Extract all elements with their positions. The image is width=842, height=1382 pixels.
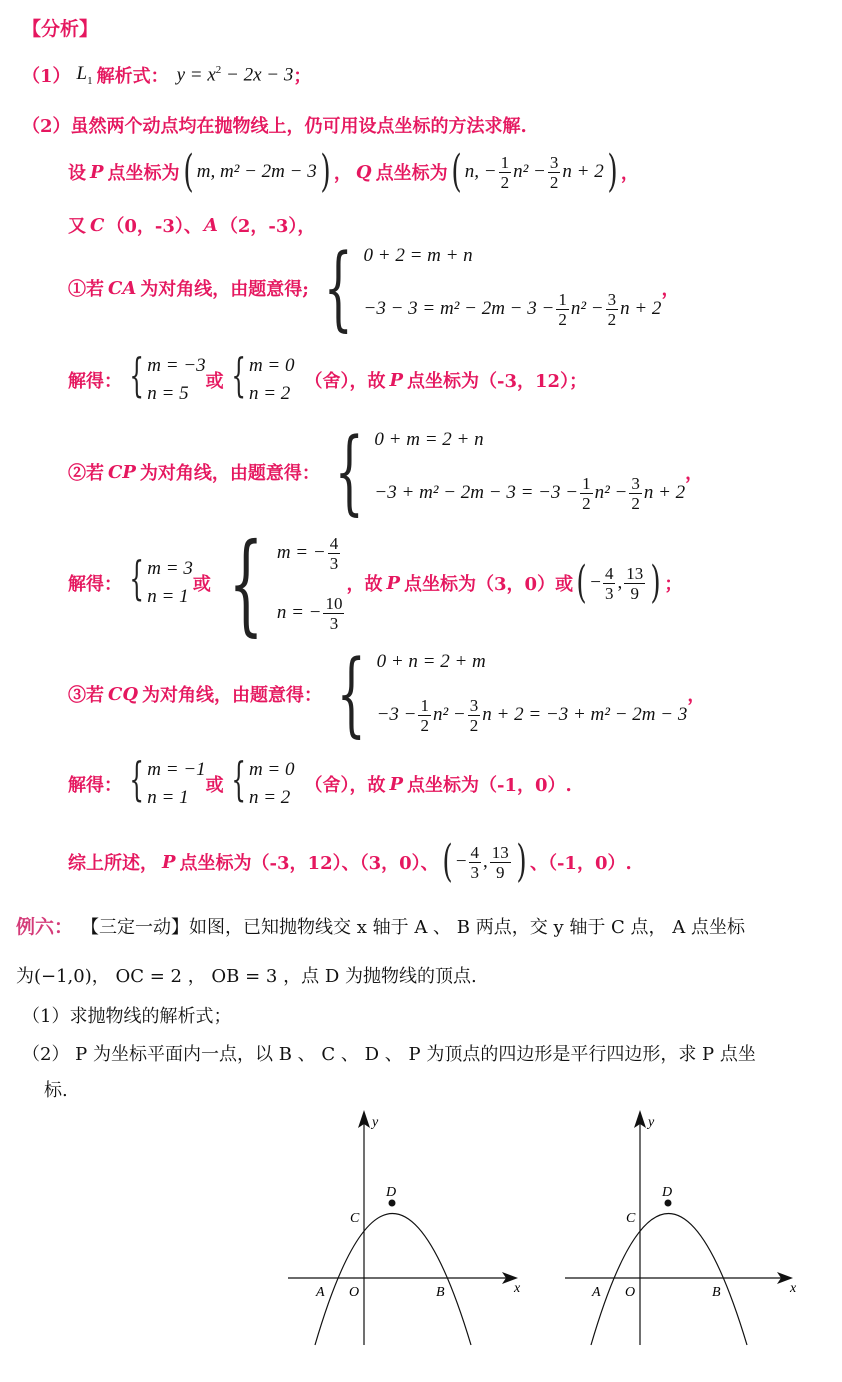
q-coord: n, − — [465, 161, 497, 183]
part1-line: （1） L1 解析式： y = x2 − 2x − 3 ； — [22, 62, 311, 88]
svg-text:x: x — [513, 1281, 521, 1296]
svg-text:O: O — [625, 1285, 635, 1300]
point-q: Q — [356, 162, 372, 183]
svg-text:D: D — [661, 1185, 672, 1200]
part1-end: ； — [293, 62, 311, 88]
svg-text:O: O — [349, 1285, 359, 1300]
question-1: （1）求抛物线的解析式； — [22, 1002, 231, 1028]
setup-text: 点坐标为 — [376, 159, 448, 185]
setup-text: 设 — [68, 159, 86, 185]
question-2-cont: 标. — [44, 1076, 68, 1102]
known-points-line: 又 C （0，-3）、 A （2，-3）， — [68, 212, 315, 238]
case3-solution: 解得： {m = −1n = 1 或 {m = 0n = 2 （舍），故 P 点… — [68, 756, 572, 812]
svg-text:A: A — [315, 1285, 325, 1300]
case3-result: 点坐标为（-1，0）. — [407, 771, 572, 797]
case2-result: 点坐标为（3，0）或 — [404, 570, 573, 596]
case1-line: ①若 CA 为对角线，由题意得; { 0 + 2 = m + n −3 − 3 … — [68, 246, 679, 330]
svg-text:C: C — [626, 1211, 636, 1226]
analysis-header: 【分析】 — [22, 14, 98, 41]
example6-line1: 例六： 【三定一动】如图，已知抛物线交 x 轴于 A 、 B 两点，交 y 轴于… — [16, 912, 745, 939]
example6-line2: 为(−1,0)， OC = 2 ， OB = 3 ，点 D 为抛物线的顶点. — [16, 962, 477, 988]
svg-text:C: C — [350, 1211, 360, 1226]
parabola-figure-1: y x A O B C D — [280, 1100, 540, 1382]
example-label: 例六： — [16, 912, 73, 939]
part2-text: 虽然两个动点均在抛物线上，仍可用设点坐标的方法求解. — [71, 112, 527, 138]
equation-system: { 0 + m = 2 + n −3 + m² − 2m − 3 = −3 − … — [320, 426, 685, 518]
point-c: C — [90, 215, 104, 236]
svg-text:D: D — [385, 1185, 396, 1200]
separator: ， — [334, 159, 352, 185]
q-coord: n + 2 — [562, 161, 603, 183]
part1-label: （1） — [22, 62, 71, 88]
case3-line: ③若 CQ 为对角线，由题意得： { 0 + n = 2 + m −3 − 12… — [68, 652, 705, 736]
equation-system: { 0 + n = 2 + m −3 − 12 n² − 32 n + 2 = … — [322, 648, 687, 740]
question-2: （2） P 为坐标平面内一点，以 B 、 C 、 D 、 P 为顶点的四边形是平… — [22, 1040, 756, 1066]
part1-formula: y = x2 − 2x − 3 — [177, 64, 294, 86]
equation-system: { 0 + 2 = m + n −3 − 3 = m² − 2m − 3 − 1… — [309, 242, 661, 334]
point-p: P — [90, 162, 104, 183]
separator: ， — [621, 159, 639, 185]
setup-line: 设 P 点坐标为 (m, m² − 2m − 3) ， Q 点坐标为 ( n, … — [68, 148, 639, 196]
svg-text:B: B — [712, 1285, 721, 1300]
svg-text:y: y — [646, 1115, 655, 1130]
part1-text: 解析式： — [97, 62, 169, 88]
part2-line: （2） 虽然两个动点均在抛物线上，仍可用设点坐标的方法求解. — [22, 112, 527, 138]
point-a: A — [204, 215, 218, 236]
part2-label: （2） — [22, 112, 71, 138]
case2-line: ②若 CP 为对角线，由题意得： { 0 + m = 2 + n −3 + m²… — [68, 430, 703, 514]
case1-solution: 解得： {m = −3n = 5 或 {m = 0n = 2 （舍），故 P 点… — [68, 352, 587, 408]
p-coordinate: m, m² − 2m − 3 — [197, 161, 317, 183]
setup-text: 点坐标为 — [108, 159, 180, 185]
l-symbol: L1 — [77, 63, 93, 87]
diagonal-cp: CP — [108, 462, 136, 483]
svg-text:x: x — [789, 1281, 797, 1296]
diagonal-cq: CQ — [108, 684, 138, 705]
parabola-figure-2: y x A O B C D — [555, 1100, 815, 1382]
case1-result: 点坐标为（-3，12）； — [407, 367, 587, 393]
summary-line: 综上所述， P 点坐标为（-3，12）、（3，0）、 ( − 43, 139 )… — [68, 836, 632, 888]
svg-text:y: y — [370, 1115, 379, 1130]
diagonal-ca: CA — [108, 278, 136, 299]
svg-text:B: B — [436, 1285, 445, 1300]
q-coord: n² − — [513, 161, 546, 183]
svg-text:A: A — [591, 1285, 601, 1300]
case2-solution: 解得： {m = 3n = 1 或 { m = −43 n = −103 ，故 … — [68, 528, 682, 638]
